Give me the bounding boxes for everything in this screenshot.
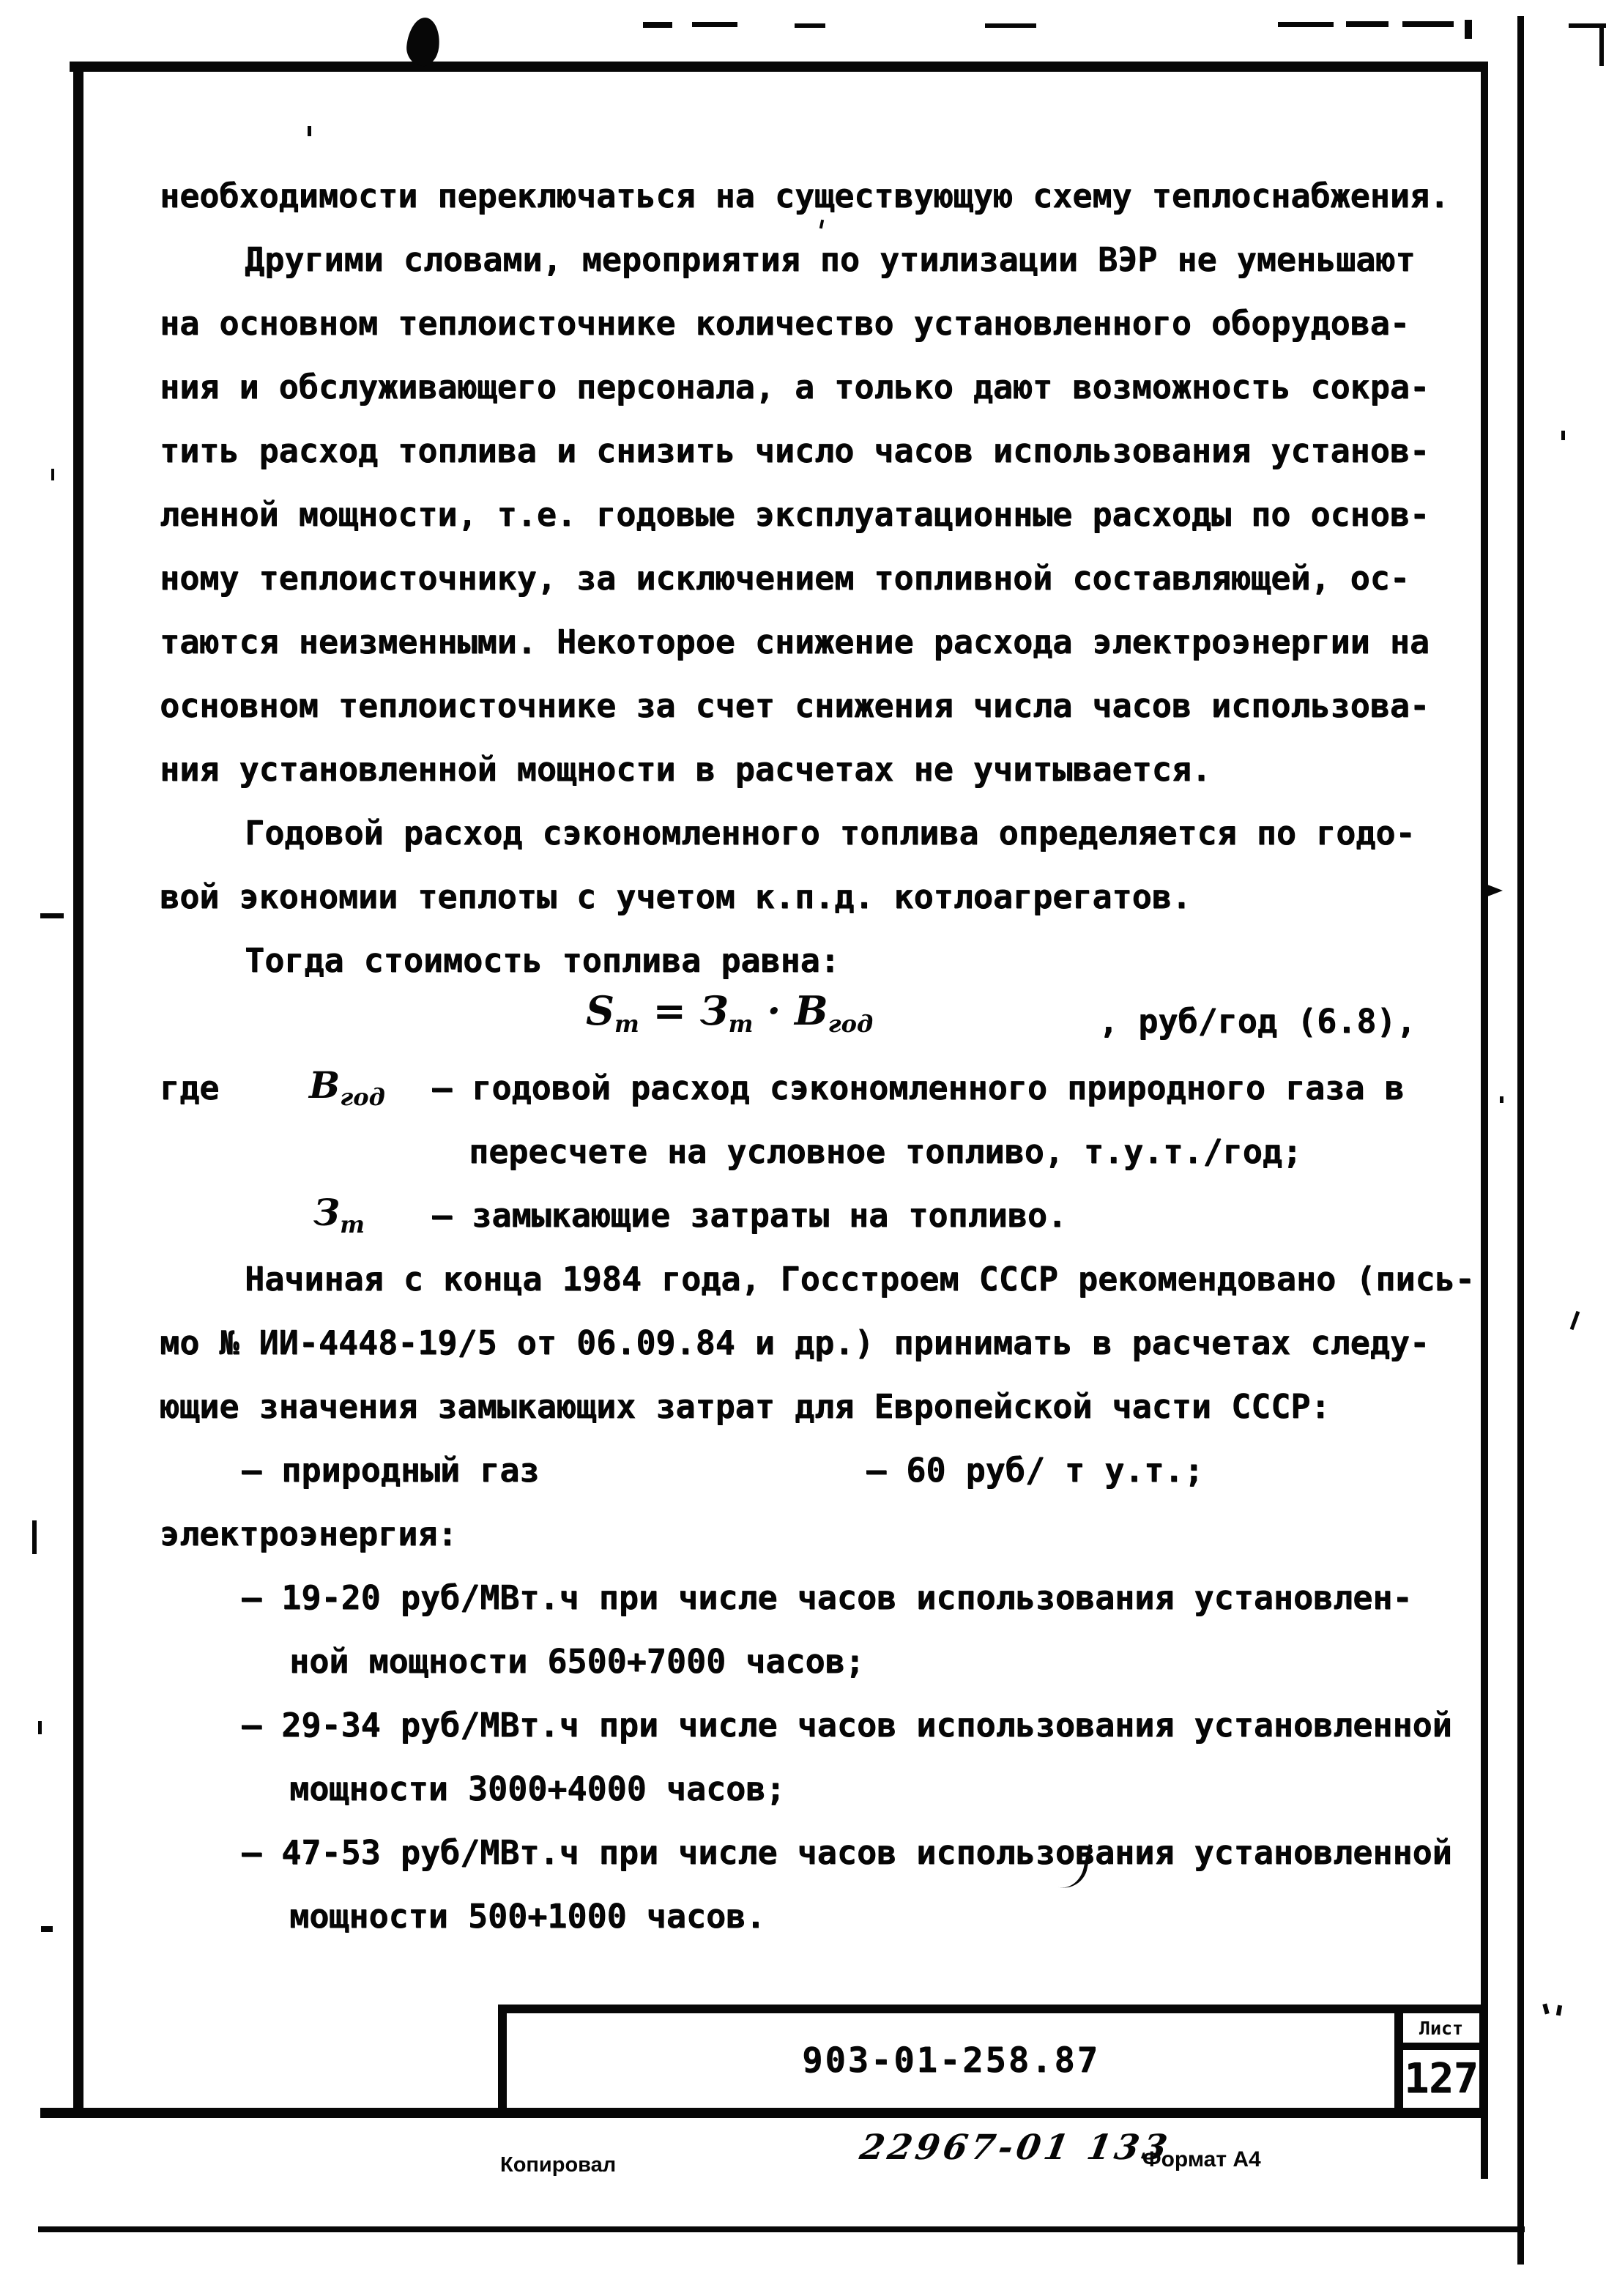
formula-B: В [795,987,828,1034]
scan-dash [692,22,737,27]
scan-speck [1500,1096,1503,1103]
symbol-Zt-sub: т [340,1211,365,1238]
text-line: ния установленной мощности в расчетах не… [160,753,1211,786]
frame-right-inner-rule [1481,62,1488,2179]
text-line: Годовой расход сэкономленного топлива оп… [245,817,1415,850]
text-line: вой экономии теплоты с учетом к.п.д. кот… [160,880,1192,913]
text-line: необходимости переключаться на существую… [160,179,1449,212]
title-block: 903-01-258.87 Лист 127 [498,2005,1488,2117]
text-line: таются неизменными. Некоторое снижение р… [160,625,1430,658]
gas-item-value: – 60 руб/ т у.т.; [866,1454,1204,1487]
text-line: мощности 500+1000 часов. [289,1900,765,1933]
formula-S: S [586,987,614,1034]
scan-speck [1542,2003,1549,2014]
formula-S-sub: т [614,1010,639,1038]
scan-speck [1570,1311,1580,1330]
text-line: – 29-34 руб/МВт.ч при числе часов исполь… [242,1709,1452,1742]
formula-units-and-number: , руб/год (6.8), [1098,1005,1416,1038]
symbol-Bgod: Вгод [309,1063,385,1111]
scan-speck [51,469,54,480]
scan-dash [795,23,825,28]
text-line: ленной мощности, т.е. годовые эксплуатац… [160,498,1430,531]
text-line: мощности 3000+4000 часов; [289,1772,785,1805]
where-def-2: – замыкающие затраты на топливо. [432,1199,1067,1232]
symbol-Bgod-letter: В [309,1063,340,1107]
scan-dash [40,913,64,918]
ink-blot [405,16,442,67]
text-line: Другими словами, мероприятия по утилизац… [245,243,1415,276]
where-def-1: – годовой расход сэкономленного природно… [432,1071,1405,1104]
text-line: электроэнергия: [160,1517,457,1550]
frame-left-rule [73,62,83,2117]
scan-speck [38,1721,42,1734]
scan-dash [1465,20,1472,39]
scan-dash [1346,21,1388,27]
title-block-main-cell: 903-01-258.87 [507,2013,1395,2108]
gas-item-label: – природный газ [242,1454,539,1487]
text-line: Начиная с конца 1984 года, Госстроем ССС… [245,1263,1475,1296]
formula-Z-sub: т [729,1010,754,1038]
handwritten-inventory-number: 22967-01 133 [857,2128,1174,2168]
text-line: ющие значения замыкающих затрат для Евро… [160,1390,1330,1423]
text-line: Тогда стоимость топлива равна: [245,944,840,977]
where-lead: где [160,1071,219,1104]
text-line: ному теплоисточнику, за исключением топл… [160,562,1410,595]
copied-by-label: Копировал [500,2153,616,2177]
text-line: на основном теплоисточнике количество ус… [160,307,1410,340]
sheet-bottom-edge-line [38,2226,1525,2232]
formula-fuel-cost: Sт = Зт · Вгод [586,987,873,1038]
format-label: Формат А4 [1142,2147,1261,2172]
sheet-label: Лист [1403,2013,1479,2050]
text-line: тить расход топлива и снизить число часо… [160,434,1430,467]
formula-B-sub: год [828,1010,874,1038]
scan-speck [1556,2005,1562,2016]
text-line: – 19-20 руб/МВт.ч при числе часов исполь… [242,1581,1412,1614]
scan-speck [308,126,311,136]
text-line: мо № ИИ-4448-19/5 от 06.09.84 и др.) при… [160,1326,1430,1359]
scan-dash [1402,21,1454,27]
text-line: пересчете на условное топливо, т.у.т./го… [469,1135,1302,1168]
document-number: 903-01-258.87 [802,2040,1100,2081]
title-block-sheet-column: Лист 127 [1394,2013,1479,2108]
text-line: ния и обслуживающего персонала, а только… [160,371,1430,404]
text-line: основном теплоисточнике за счет снижения… [160,689,1430,722]
sheet-number: 127 [1403,2050,1479,2108]
formula-equals: = [639,987,700,1034]
scan-speck [819,220,824,229]
scan-dash [643,22,672,28]
text-line: – 47-53 руб/МВт.ч при числе часов исполь… [242,1836,1452,1869]
formula-dot: · [754,987,795,1034]
scan-dash [1278,22,1334,27]
formula-Z: З [700,987,729,1034]
frame-top-rule [70,62,1488,72]
symbol-Zt-letter: З [313,1191,340,1234]
scanned-document-page: необходимости переключаться на существую… [0,0,1606,2296]
symbol-Zt: Зт [313,1191,365,1238]
scan-tick [41,1926,53,1932]
margin-arrow-mark [1484,883,1503,898]
scan-tick [32,1520,37,1554]
scan-dash [985,23,1036,28]
symbol-Bgod-sub: год [340,1083,385,1111]
text-line: ной мощности 6500+7000 часов; [289,1645,865,1678]
scan-speck [1561,431,1565,440]
frame-right-outer-rule [1517,16,1524,2265]
scan-corner-mark-v [1599,23,1604,66]
